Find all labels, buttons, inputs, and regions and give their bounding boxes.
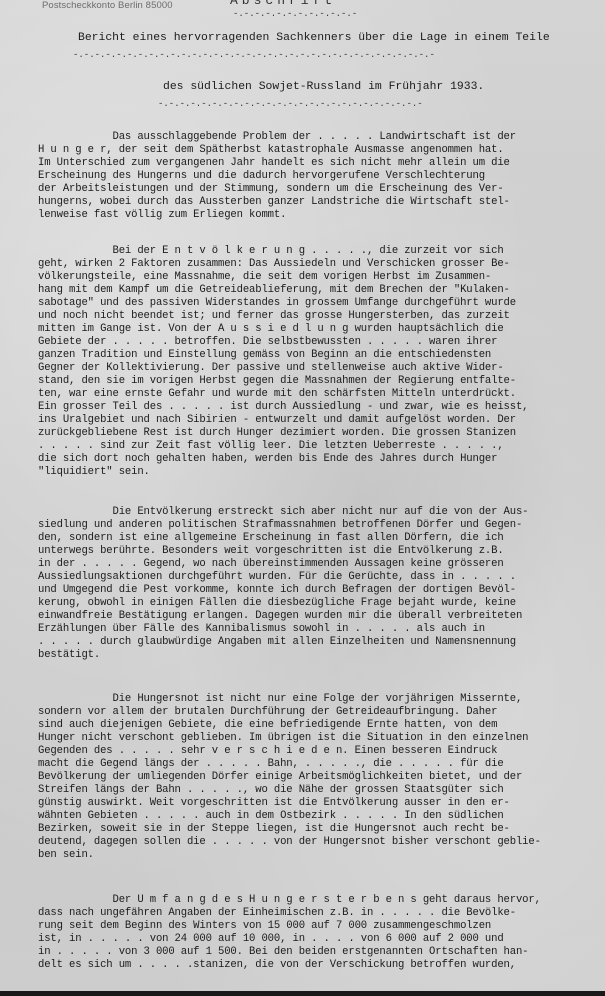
text-line: der Arbeitsleistungen und der Stimmung, …	[38, 183, 598, 196]
paragraph-hunger-problem: Das ausschlaggebende Problem der . . . .…	[38, 131, 598, 222]
text-line: delt es sich um . . . . .stanizen, die v…	[38, 959, 598, 972]
text-line: sondern vor allem der brutalen Durchführ…	[38, 706, 598, 719]
text-line: wähnten Gebieten . . . . . auch in dem O…	[38, 810, 598, 823]
text-line: macht die Gegend längs der . . . . . Bah…	[38, 758, 598, 771]
text-line: Die Hungersnot ist nicht nur eine Folge …	[38, 693, 598, 706]
scan-edge-border	[0, 991, 605, 996]
postscheckkonto-stamp: Postscheckkonto Berlin 85000	[42, 0, 173, 11]
text-line: rung seit dem Beginn des Winters von 15 …	[38, 920, 598, 933]
paragraph-depopulation-extent: Die Entvölkerung erstreckt sich aber nic…	[38, 506, 598, 662]
text-line: die sich dort noch gehalten haben, werde…	[38, 453, 598, 466]
text-line: ins Uralgebiet und nach Sibirien - entwu…	[38, 414, 598, 427]
text-line: Der U m f a n g d e s H u n g e r s t e …	[38, 894, 598, 907]
text-line: mitten im Gange ist. Von der A u s s i e…	[38, 323, 598, 336]
text-line: stand, den sie im vorigen Herbst gegen d…	[38, 375, 598, 388]
text-line: und Umgegend die Pest vorkomme, konnte i…	[38, 584, 598, 597]
text-line: Hunger nicht verschont geblieben. Im übr…	[38, 732, 598, 745]
text-line: Gegner der Kollektivierung. Der passive …	[38, 362, 598, 375]
text-line: den, sondern ist eine allgemeine Erschei…	[38, 532, 598, 545]
text-line: unterwegs berührte. Besonders weit vorge…	[38, 545, 598, 558]
text-line: ben sein.	[38, 849, 598, 862]
report-title-line-2: des südlichen Sowjet-Russland im Frühjah…	[163, 81, 484, 93]
text-line: Bezirken, soweit sie in der Steppe liege…	[38, 823, 598, 836]
text-line: kerung, obwohl in einigen Fällen die die…	[38, 597, 598, 610]
paragraph-famine: Die Hungersnot ist nicht nur eine Folge …	[38, 693, 598, 862]
text-line: Gegenden des . . . . . sehr v e r s c h …	[38, 745, 598, 758]
paragraph-depopulation: Bei der E n t v ö l k e r u n g . . . . …	[38, 245, 598, 479]
text-line: deutend, dagegen sollen die . . . . . vo…	[38, 836, 598, 849]
title-underline-2: -.-.-.-.-.-.-.-.-.-.-.-.-.-.-.-.-.-.-.-.…	[158, 99, 423, 109]
text-line: einwandfreie Bestätigung erlangen. Dageg…	[38, 610, 598, 623]
header-word: Abschrift	[230, 0, 336, 8]
text-line: und noch nicht beendet ist; und ferner d…	[38, 310, 598, 323]
text-line: sabotage" und des passiven Widerstandes …	[38, 297, 598, 310]
document-page: Postscheckkonto Berlin 85000 Abschrift -…	[0, 0, 605, 996]
text-line: in der . . . . . Gegend, wo nach überein…	[38, 558, 598, 571]
text-line: ten, war eine ernste Gefahr und wurde mi…	[38, 388, 598, 401]
text-line: geht, wirken 2 Faktoren zusammen: Das Au…	[38, 258, 598, 271]
text-line: Das ausschlaggebende Problem der . . . .…	[38, 131, 598, 144]
text-line: lenweise fast völlig zum Erliegen kommt.	[38, 209, 598, 222]
text-line: ist, in . . . . . von 24 000 auf 10 000,…	[38, 933, 598, 946]
text-line: Ein grosser Teil des . . . . . ist durch…	[38, 401, 598, 414]
text-line: sind auch diejenigen Gebiete, die eine b…	[38, 719, 598, 732]
text-line: völkerungsteile, eine Massnahme, die sei…	[38, 271, 598, 284]
text-line: Erzählungen über Fälle des Kannibalismus…	[38, 623, 598, 636]
text-line: Aussiedlungsaktionen durchgeführt wurden…	[38, 571, 598, 584]
header-underline: -.-.-.-.-.-.-.-.-.-.-.-	[233, 9, 357, 19]
text-line: Bevölkerung der umliegenden Dörfer einig…	[38, 771, 598, 784]
text-line: hungerns, wobei durch das Aussterben gan…	[38, 196, 598, 209]
text-line: H u n g e r, der seit dem Spätherbst kat…	[38, 144, 598, 157]
title-underline-1: -.-.-.-.-.-.-.-.-.-.-.-.-.-.-.-.-.-.-.-.…	[73, 50, 435, 60]
text-line: . . . . . sind zur Zeit fast völlig leer…	[38, 440, 598, 453]
text-line: Gebiete der . . . . . betroffen. Die sel…	[38, 336, 598, 349]
text-line: günstig auswirkt. Weit vorgeschritten is…	[38, 797, 598, 810]
text-line: Erscheinung des Hungerns und die dadurch…	[38, 170, 598, 183]
paragraph-extent-of-deaths: Der U m f a n g d e s H u n g e r s t e …	[38, 894, 598, 972]
text-line: bestätigt.	[38, 649, 598, 662]
text-line: ganzen Tradition und Einstellung gemäss …	[38, 349, 598, 362]
report-title-line-1: Bericht eines hervorragenden Sachkenners…	[78, 32, 550, 44]
text-line: Im Unterschied zum vergangenen Jahr hand…	[38, 157, 598, 170]
text-line: dass nach ungefähren Angaben der Einheim…	[38, 907, 598, 920]
text-line: zurückgebliebene Rest ist durch Hunger d…	[38, 427, 598, 440]
text-line: siedlung und anderen politischen Strafma…	[38, 519, 598, 532]
text-line: . . . . . durch glaubwürdige Angaben mit…	[38, 636, 598, 649]
text-line: Streifen längs der Bahn . . . . ., wo di…	[38, 784, 598, 797]
text-line: in . . . . . von 3 000 auf 1 500. Bei de…	[38, 946, 598, 959]
text-line: Bei der E n t v ö l k e r u n g . . . . …	[38, 245, 598, 258]
text-line: Die Entvölkerung erstreckt sich aber nic…	[38, 506, 598, 519]
text-line: hang mit dem Kampf um die Getreideablief…	[38, 284, 598, 297]
text-line: "liquidiert" sein.	[38, 466, 598, 479]
